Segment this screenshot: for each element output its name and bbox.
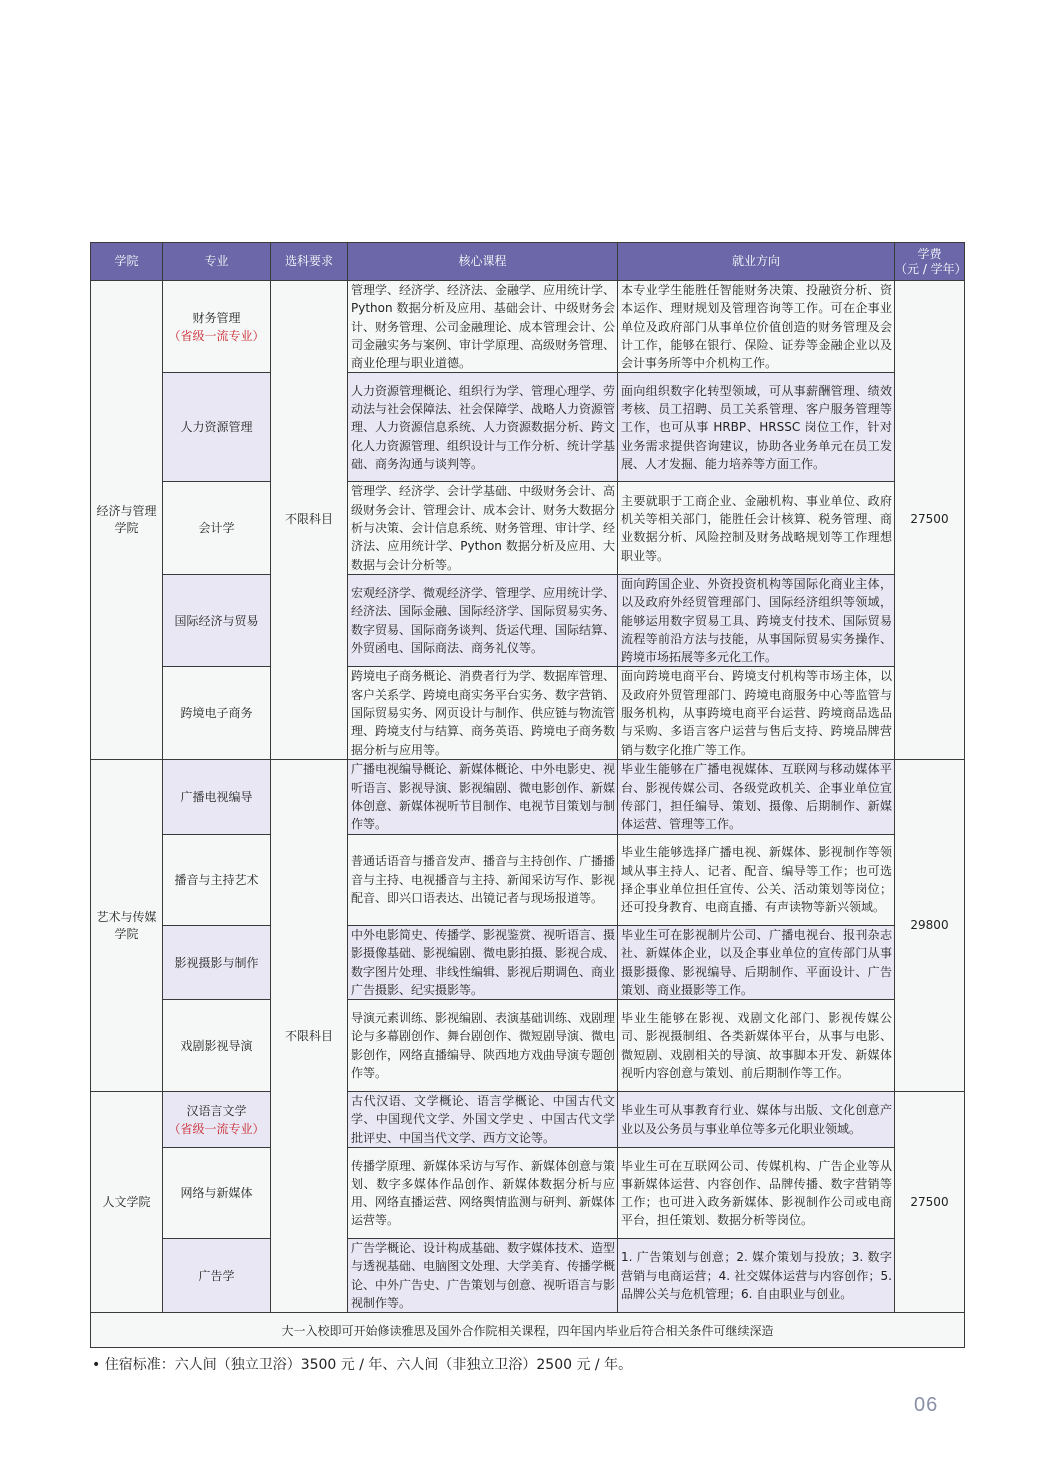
major-name: 影视摄影与制作 bbox=[163, 925, 271, 999]
program-table-container: 学院 专业 选科要求 核心课程 就业方向 学费 （元 / 学年） 经济与管理学院… bbox=[90, 242, 964, 1348]
career-direction: 毕业生可在互联网公司、传媒机构、广告企业等从事新媒体运营、内容创作、品牌传播、数… bbox=[618, 1148, 895, 1239]
first-class-badge: （省级一流专业） bbox=[163, 327, 270, 345]
core-courses: 普通话语音与播音发声、播音与主持创作、广播播音与主持、电视播音与主持、新闻采访写… bbox=[348, 834, 618, 925]
first-class-badge: （省级一流专业） bbox=[163, 1120, 270, 1138]
table-header-row: 学院 专业 选科要求 核心课程 就业方向 学费 （元 / 学年） bbox=[91, 243, 965, 281]
career-direction: 毕业生能够选择广播电视、新媒体、影视制作等领域从事主持人、记者、配音、编导等工作… bbox=[618, 834, 895, 925]
page-number: 06 bbox=[914, 1394, 938, 1417]
table-row: 网络与新媒体 传播学原理、新媒体采访与写作、新媒体创意与策划、数字多媒体作品创作… bbox=[91, 1148, 965, 1239]
table-row: 广告学 广告学概论、设计构成基础、数字媒体技术、造型与透视基础、电脑图文处理、大… bbox=[91, 1239, 965, 1313]
table-row: 人力资源管理 人力资源管理概论、组织行为学、管理心理学、劳动法与社会保障法、社会… bbox=[91, 373, 965, 482]
career-direction: 面向跨国企业、外资投资机构等国际化商业主体，以及政府外经贸管理部门、国际经济组织… bbox=[618, 574, 895, 666]
table-row: 会计学 管理学、经济学、会计学基础、中级财务会计、高级财务会计、管理会计、成本会… bbox=[91, 482, 965, 574]
major-name: 人力资源管理 bbox=[163, 373, 271, 482]
core-courses: 跨境电子商务概论、消费者行为学、数据库管理、客户关系学、跨境电商实务平台实务、数… bbox=[348, 667, 618, 759]
college-name: 经济与管理学院 bbox=[91, 281, 163, 760]
core-courses: 宏观经济学、微观经济学、管理学、应用统计学、经济法、国际金融、国际经济学、国际贸… bbox=[348, 574, 618, 666]
major-name: 汉语言文学 bbox=[163, 1102, 270, 1120]
major-name-cell: 汉语言文学 （省级一流专业） bbox=[163, 1092, 271, 1148]
header-tuition: 学费 （元 / 学年） bbox=[895, 243, 965, 281]
career-direction: 主要就职于工商企业、金融机构、事业单位、政府机关等相关部门，能胜任会计核算、税务… bbox=[618, 482, 895, 574]
table-row: 戏剧影视导演 导演元素训练、影视编剧、表演基础训练、戏剧理论与多幕剧创作、舞台剧… bbox=[91, 1000, 965, 1092]
career-direction: 面向跨境电商平台、跨境支付机构等市场主体，以及政府外贸管理部门、跨境电商服务中心… bbox=[618, 667, 895, 759]
core-courses: 人力资源管理概论、组织行为学、管理心理学、劳动法与社会保障法、社会保障学、战略人… bbox=[348, 373, 618, 482]
header-major: 专业 bbox=[163, 243, 271, 281]
header-career: 就业方向 bbox=[618, 243, 895, 281]
core-courses: 广告学概论、设计构成基础、数字媒体技术、造型与透视基础、电脑图文处理、大学美育、… bbox=[348, 1239, 618, 1313]
subject-requirement: 不限科目 bbox=[271, 281, 348, 760]
dormitory-fee-note: • 住宿标准：六人间（独立卫浴）3500 元 / 年、六人间（非独立卫浴）250… bbox=[92, 1354, 632, 1374]
tuition-value: 27500 bbox=[895, 281, 965, 760]
core-courses: 管理学、经济学、经济法、金融学、应用统计学、Python 数据分析及应用、基础会… bbox=[348, 281, 618, 373]
table-row: 播音与主持艺术 普通话语音与播音发声、播音与主持创作、广播播音与主持、电视播音与… bbox=[91, 834, 965, 925]
core-courses: 广播电视编导概论、新媒体概论、中外电影史、视听语言、影视导演、影视编剧、微电影创… bbox=[348, 759, 618, 834]
core-courses: 导演元素训练、影视编剧、表演基础训练、戏剧理论与多幕剧创作、舞台剧创作、微短剧导… bbox=[348, 1000, 618, 1092]
table-row: 影视摄影与制作 中外电影简史、传播学、影视鉴赏、视听语言、摄影摄像基础、影视编剧… bbox=[91, 925, 965, 999]
major-name: 财务管理 bbox=[163, 309, 270, 327]
core-courses: 中外电影简史、传播学、影视鉴赏、视听语言、摄影摄像基础、影视编剧、微电影拍摄、影… bbox=[348, 925, 618, 999]
major-name: 网络与新媒体 bbox=[163, 1148, 271, 1239]
major-name-cell: 财务管理 （省级一流专业） bbox=[163, 281, 271, 373]
career-direction: 毕业生可在影视制片公司、广播电视台、报刊杂志社、新媒体企业，以及企事业单位的宣传… bbox=[618, 925, 895, 999]
tuition-value: 29800 bbox=[895, 759, 965, 1091]
table-row: 艺术与传媒学院 广播电视编导 不限科目 广播电视编导概论、新媒体概论、中外电影史… bbox=[91, 759, 965, 834]
header-college: 学院 bbox=[91, 243, 163, 281]
table-row: 跨境电子商务 跨境电子商务概论、消费者行为学、数据库管理、客户关系学、跨境电商实… bbox=[91, 667, 965, 759]
college-name: 人文学院 bbox=[91, 1092, 163, 1313]
header-subject-req: 选科要求 bbox=[271, 243, 348, 281]
career-direction: 毕业生能够在影视、戏剧文化部门、影视传媒公司、影视摄制组、各类新媒体平台，从事与… bbox=[618, 1000, 895, 1092]
major-name: 播音与主持艺术 bbox=[163, 834, 271, 925]
study-abroad-note: 大一入校即可开始修读雅思及国外合作院相关课程，四年国内毕业后符合相关条件可继续深… bbox=[91, 1313, 965, 1348]
table-row: 经济与管理学院 财务管理 （省级一流专业） 不限科目 管理学、经济学、经济法、金… bbox=[91, 281, 965, 373]
header-tuition-label: 学费 bbox=[895, 247, 964, 262]
college-name: 艺术与传媒学院 bbox=[91, 759, 163, 1091]
core-courses: 传播学原理、新媒体采访与写作、新媒体创意与策划、数字多媒体作品创作、新媒体数据分… bbox=[348, 1148, 618, 1239]
major-name: 会计学 bbox=[163, 482, 271, 574]
table-row: 国际经济与贸易 宏观经济学、微观经济学、管理学、应用统计学、经济法、国际金融、国… bbox=[91, 574, 965, 666]
table-footer-row: 大一入校即可开始修读雅思及国外合作院相关课程，四年国内毕业后符合相关条件可继续深… bbox=[91, 1313, 965, 1348]
header-tuition-unit: （元 / 学年） bbox=[895, 262, 964, 277]
subject-requirement: 不限科目 bbox=[271, 759, 348, 1312]
career-direction: 毕业生可从事教育行业、媒体与出版、文化创意产业以及公务员与事业单位等多元化职业领… bbox=[618, 1092, 895, 1148]
career-direction: 本专业学生能胜任智能财务决策、投融资分析、资本运作、理财规划及管理咨询等工作。可… bbox=[618, 281, 895, 373]
table-row: 人文学院 汉语言文学 （省级一流专业） 古代汉语、文学概论、语言学概论、中国古代… bbox=[91, 1092, 965, 1148]
major-name: 广告学 bbox=[163, 1239, 271, 1313]
major-name: 广播电视编导 bbox=[163, 759, 271, 834]
career-direction: 毕业生能够在广播电视媒体、互联网与移动媒体平台、影视传媒公司、各级党政机关、企事… bbox=[618, 759, 895, 834]
major-name: 跨境电子商务 bbox=[163, 667, 271, 759]
program-table: 学院 专业 选科要求 核心课程 就业方向 学费 （元 / 学年） 经济与管理学院… bbox=[90, 242, 965, 1348]
career-direction: 1. 广告策划与创意；2. 媒介策划与投放；3. 数字营销与电商运营；4. 社交… bbox=[618, 1239, 895, 1313]
header-core-courses: 核心课程 bbox=[348, 243, 618, 281]
major-name: 戏剧影视导演 bbox=[163, 1000, 271, 1092]
tuition-value: 27500 bbox=[895, 1092, 965, 1313]
core-courses: 管理学、经济学、会计学基础、中级财务会计、高级财务会计、管理会计、成本会计、财务… bbox=[348, 482, 618, 574]
career-direction: 面向组织数字化转型领域，可从事薪酬管理、绩效考核、员工招聘、员工关系管理、客户服… bbox=[618, 373, 895, 482]
major-name: 国际经济与贸易 bbox=[163, 574, 271, 666]
core-courses: 古代汉语、文学概论、语言学概论、中国古代文学、中国现代文学、外国文学史 、中国古… bbox=[348, 1092, 618, 1148]
